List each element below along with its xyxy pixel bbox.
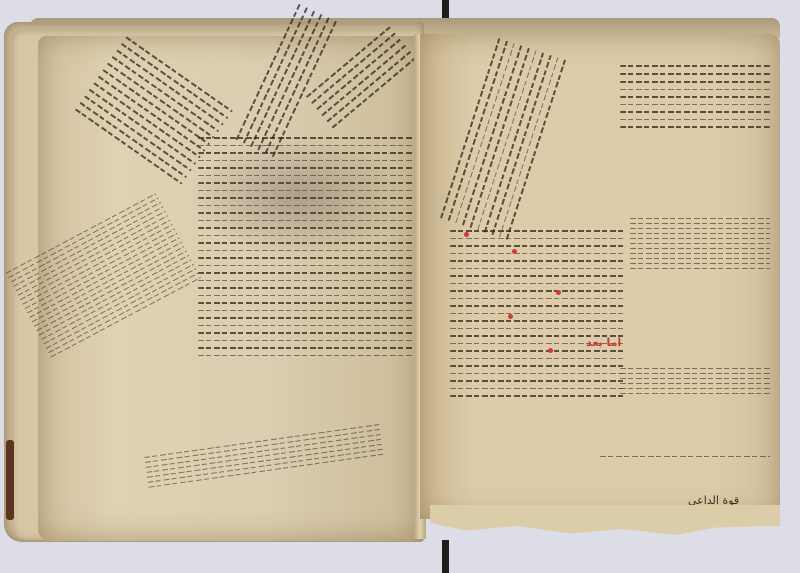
right-lower-notes (620, 364, 770, 444)
rubric-dot (512, 249, 517, 254)
right-main-text (450, 224, 625, 484)
book-stand-bottom (442, 540, 449, 573)
right-side-notes (630, 214, 770, 344)
rubric-dot (464, 232, 469, 237)
left-page (38, 36, 420, 541)
right-final-line (600, 452, 770, 466)
rubric-dot (508, 314, 513, 319)
right-top-margin-notes (620, 59, 770, 189)
red-rubric-amma-bad: اما بعد (586, 336, 621, 349)
book-stand-top (442, 0, 449, 20)
left-margin-notes-bottom (144, 420, 393, 533)
leather-binding-fragment (6, 440, 14, 520)
rubric-dot (556, 290, 561, 295)
right-page: اما بعد قوة الداعي (420, 34, 780, 519)
torn-page-edge (430, 505, 780, 535)
ink-smudge (188, 136, 408, 256)
manuscript-photo: اما بعد قوة الداعي (0, 0, 800, 573)
rubric-dot (548, 348, 553, 353)
